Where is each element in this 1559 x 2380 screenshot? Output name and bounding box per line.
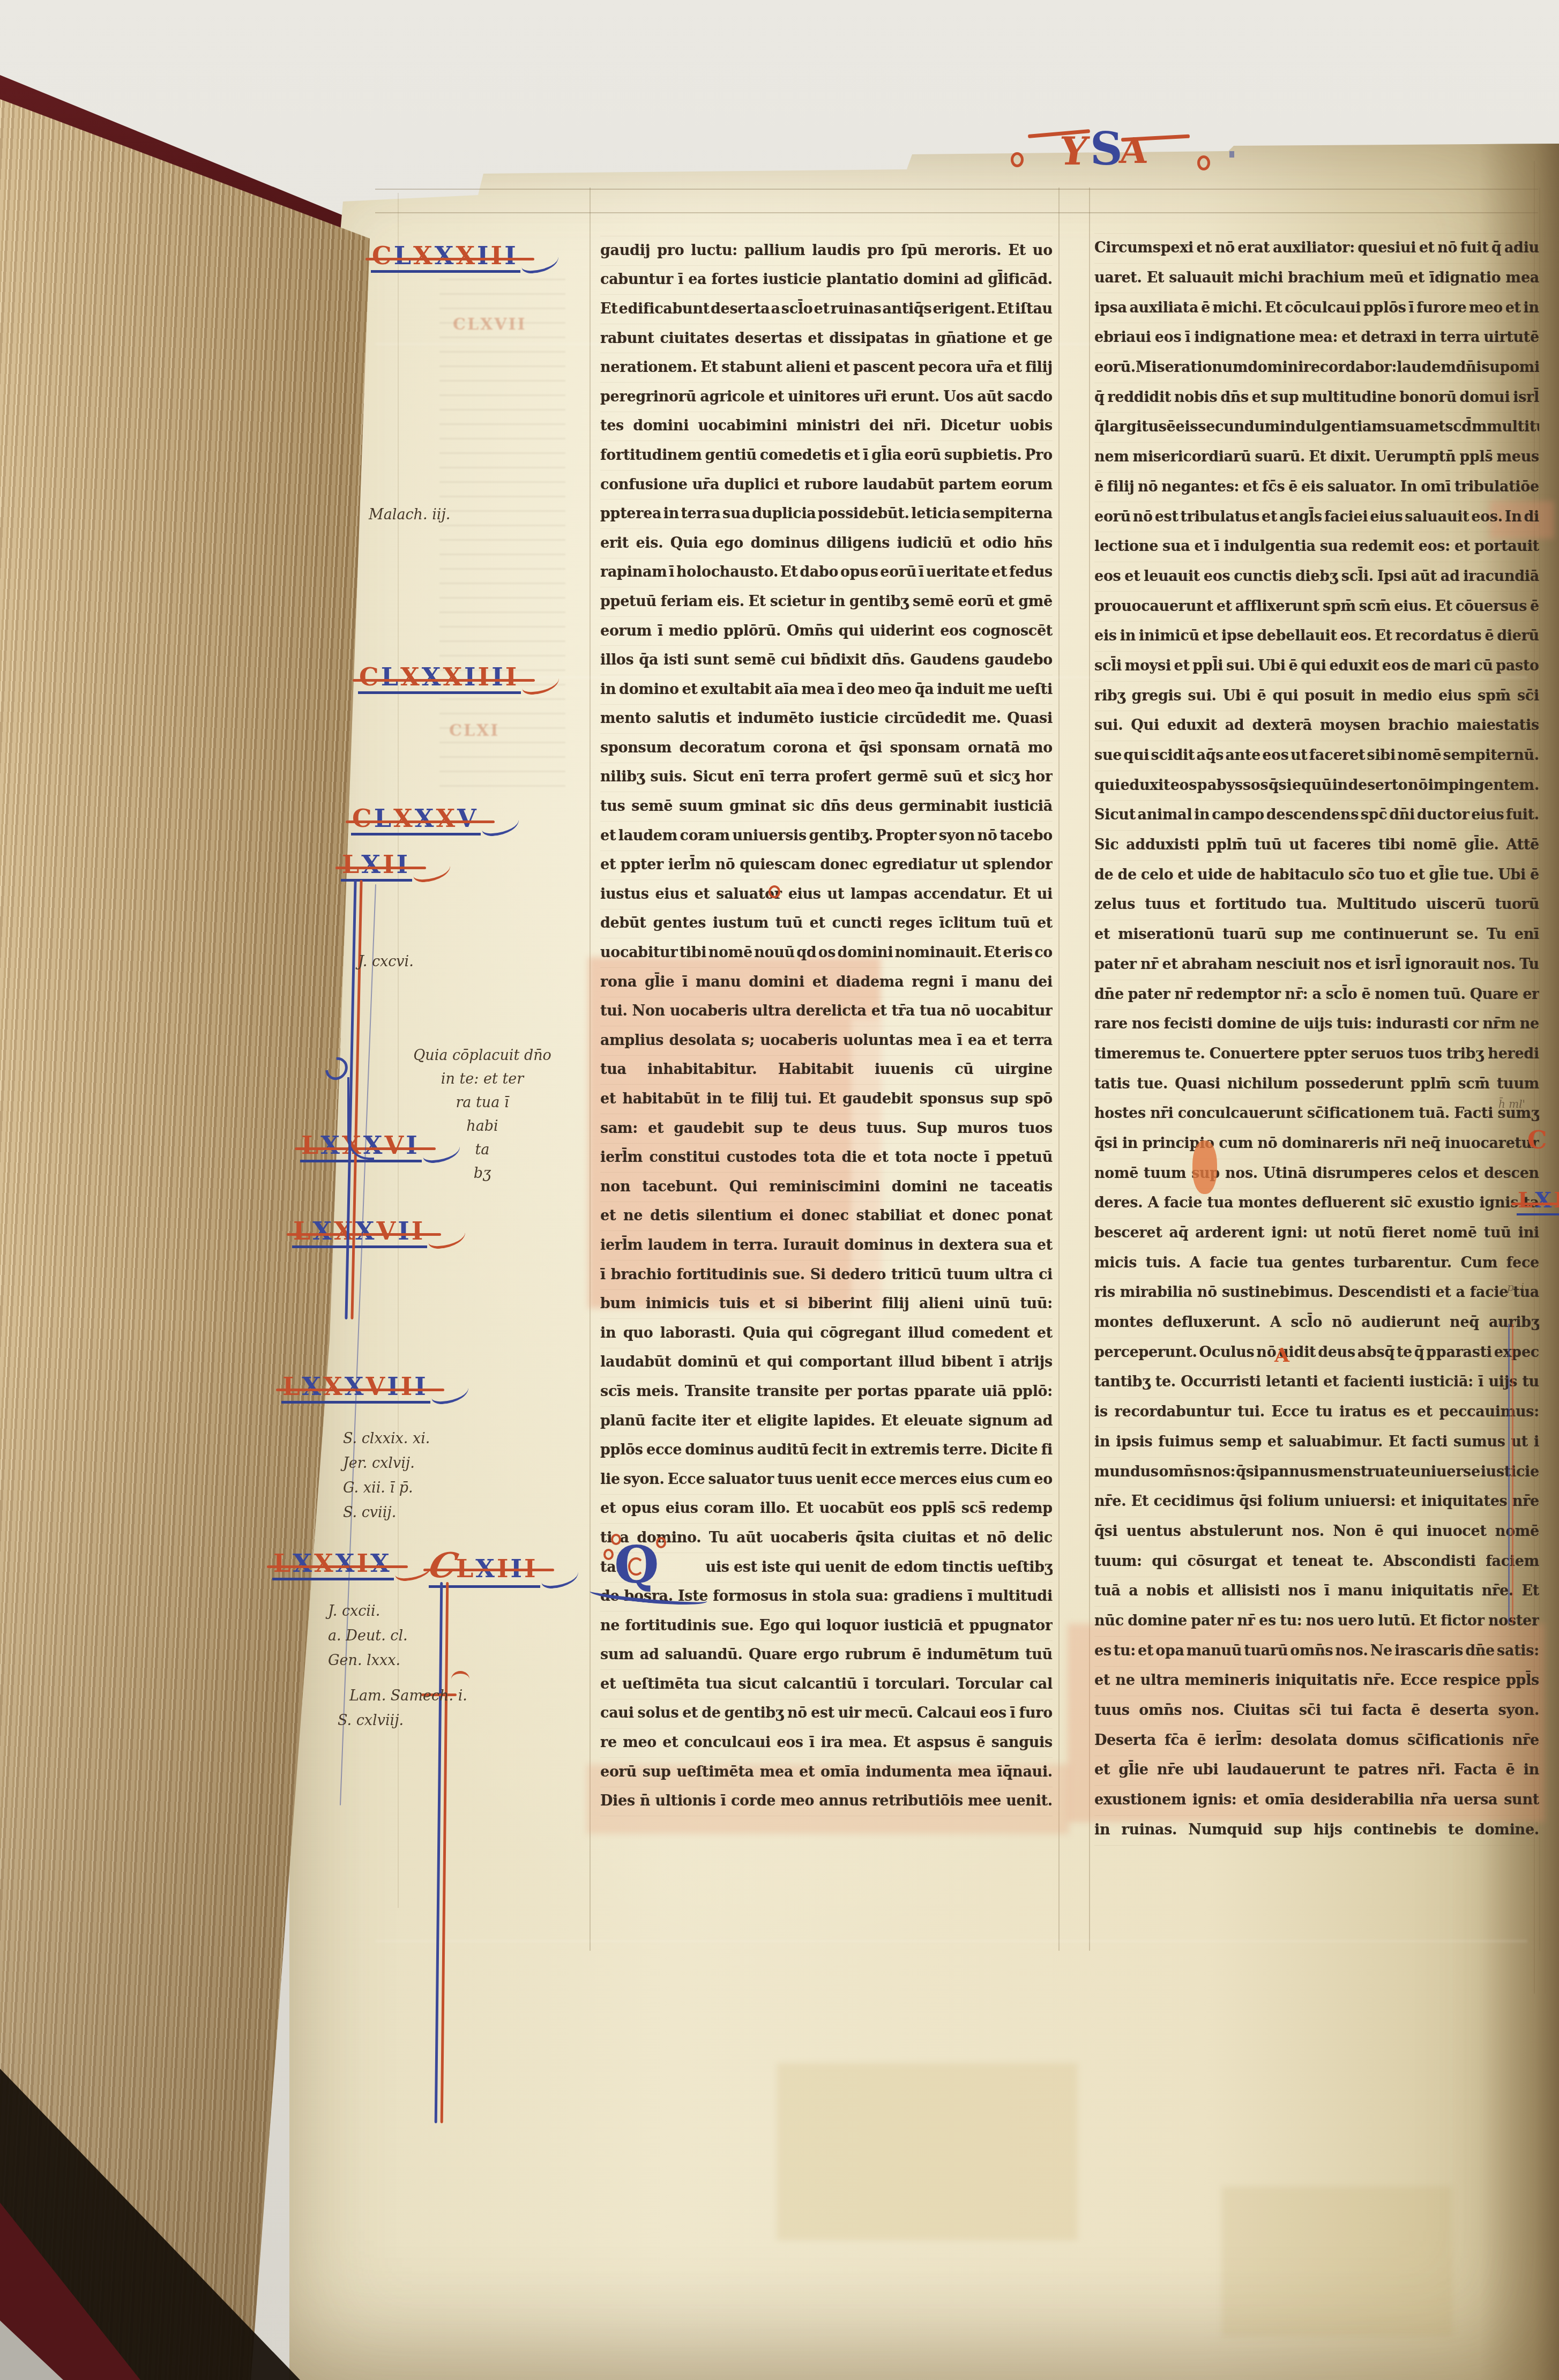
word: meus: [1497, 449, 1539, 465]
word: eorum: [600, 623, 652, 639]
word: Ubi: [1223, 688, 1251, 704]
word: et: [1012, 330, 1028, 347]
word: ē: [912, 1646, 921, 1663]
word: os: [818, 944, 836, 961]
word: expec: [1494, 1344, 1539, 1361]
word: nem: [1094, 449, 1129, 465]
word: patres: [1359, 1762, 1409, 1778]
word: qui: [838, 623, 864, 639]
word: uocabimini: [698, 417, 787, 434]
word: qui: [1094, 777, 1120, 794]
word: iste: [762, 1559, 790, 1576]
word: gentiū: [705, 447, 757, 464]
word: tantibʒ: [1094, 1374, 1150, 1390]
word: animal: [1138, 807, 1192, 823]
text-line: hostesnr̄iconculcaueruntsc̄ificationemtu…: [1094, 1099, 1539, 1129]
text-line: prouocaueruntetafflixeruntspm̄scm̄eius.E…: [1094, 591, 1539, 621]
word: tr̄a: [892, 1003, 915, 1019]
word: pro: [867, 242, 894, 259]
word: cabuntur: [600, 271, 673, 288]
word: sue: [1094, 747, 1122, 764]
word: mea: [801, 681, 834, 698]
word: cū: [954, 1061, 973, 1078]
word: suarū.: [1255, 449, 1305, 465]
word: comportant: [799, 1354, 892, 1370]
marker-letter: X: [415, 804, 436, 833]
text-line: lectionesuaetīindulgentiasuaredemiteos:e…: [1094, 532, 1539, 562]
word: gaudij: [600, 242, 650, 259]
word: sup: [755, 1120, 783, 1137]
word: eorū: [958, 593, 995, 610]
word: donec: [820, 856, 868, 873]
word: mo: [1028, 740, 1053, 756]
word: eos.: [1471, 509, 1503, 525]
word: nō: [1258, 1135, 1278, 1152]
word: in: [1421, 329, 1436, 346]
word: fieret: [1382, 1225, 1426, 1241]
word: misericordiarū: [1133, 449, 1251, 465]
word: dominus: [685, 1442, 754, 1458]
marker-letter: I: [356, 1549, 370, 1578]
text-line: Diesn̄ultionisīcordemeoannusretributiōis…: [600, 1786, 1053, 1816]
word: tu: [1316, 1404, 1333, 1420]
word: omīa: [820, 1764, 860, 1780]
text-line: ēfilijnōnegantes:etfc̄sēeissaluator.Inom…: [1094, 472, 1539, 502]
word: gmē: [1018, 593, 1053, 610]
word: Miserationum: [1136, 359, 1248, 376]
marker-letter: X: [456, 241, 477, 270]
word: uocaberis: [770, 1530, 848, 1546]
word: scl̄o: [1326, 986, 1357, 1003]
word: dexterā: [1252, 717, 1311, 734]
word: terra: [681, 505, 720, 522]
word: laudis: [812, 242, 860, 259]
word: et: [1262, 509, 1277, 525]
word: Propter: [876, 827, 936, 844]
text-line: sui.Quieduxitaddexterāmoysenbrachiomaies…: [1094, 711, 1539, 741]
word: diligens: [826, 535, 890, 551]
word: et: [1124, 568, 1140, 585]
word: Et: [983, 944, 1001, 961]
word: sponsum: [600, 740, 672, 756]
word: tuū: [1484, 1225, 1511, 1241]
word: q̄a: [915, 681, 934, 698]
chapter-marker-clxxxiiii: CLXXXIIII: [358, 663, 521, 694]
word: disrumperes: [1312, 1165, 1412, 1182]
word: maiestatis: [1457, 717, 1539, 734]
word: Et: [1521, 1583, 1539, 1599]
text-line: rabuntciuitatesdesertasetdissipatasingn̄…: [600, 324, 1053, 353]
word: ubi: [1192, 1762, 1218, 1778]
word: in: [600, 1325, 616, 1341]
word: ego: [715, 535, 743, 551]
marginal-note-line: in te: et ter: [391, 1068, 573, 1091]
text-line: rapinamīholochausto.Etdaboopuseorūīuerit…: [600, 558, 1053, 587]
word: ciuitas: [902, 1530, 956, 1546]
word: et: [1037, 1325, 1053, 1341]
word: Et: [1309, 449, 1326, 465]
word: nō: [951, 1003, 971, 1019]
word: nesciuit: [1256, 956, 1320, 973]
word: Dies: [600, 1793, 635, 1809]
word: et: [600, 1500, 616, 1517]
word: si: [785, 1295, 798, 1312]
word: scs̄: [961, 1500, 986, 1517]
word: comedetis: [760, 447, 841, 464]
word: eduxit: [1329, 658, 1379, 674]
word: ī: [863, 1676, 869, 1692]
word: nr̄m: [1482, 1016, 1516, 1032]
word: i: [1534, 1434, 1539, 1450]
word: rona: [600, 974, 637, 990]
word: inuocet: [1427, 1523, 1487, 1540]
word: rapinam: [600, 564, 667, 580]
word: scd̄m: [1445, 419, 1487, 435]
word: sc̄ificationem: [1307, 1105, 1414, 1122]
word: deserta: [1429, 1702, 1489, 1719]
word: Et: [600, 301, 617, 317]
word: sc̄ificationis: [1407, 1732, 1504, 1749]
marker-letter: V: [457, 804, 479, 833]
word: eis: [1301, 479, 1324, 495]
text-line: liesyon.Eccesaluatortuusueniteccemercese…: [600, 1465, 1053, 1494]
word: mecū.: [865, 1705, 913, 1721]
word: qui: [1152, 1553, 1177, 1570]
word: et: [1198, 1583, 1213, 1599]
word: ī: [863, 447, 868, 464]
text-line: ierl̄mlaudeminterra.Iurauitdominusindext…: [600, 1230, 1053, 1260]
word: transite: [756, 1383, 819, 1400]
word: eduxit: [1120, 777, 1170, 794]
word: et: [808, 330, 823, 347]
word: uenit: [825, 1559, 867, 1576]
word: ē: [1197, 1732, 1206, 1749]
word: a: [771, 301, 780, 317]
word: tuū.: [1434, 986, 1466, 1003]
word: quo: [623, 1325, 653, 1341]
word: ultra: [1140, 1672, 1180, 1689]
word: sibi: [1367, 747, 1396, 764]
text-line: etgl̄ienr̄eubilaudauerunttepatresnr̄i.Fa…: [1094, 1755, 1539, 1785]
text-line: Sicutanimalincampodescendensspc̄dn̄iduct…: [1094, 800, 1539, 830]
word: gentes: [1292, 1255, 1345, 1271]
word: q̄: [1094, 419, 1105, 435]
word: et: [769, 389, 784, 405]
text-line: cabunturīeafortesiusticieplantatiodomini…: [600, 265, 1053, 295]
word: celo: [1141, 867, 1174, 883]
word: tuus: [1145, 896, 1180, 913]
word: illo.: [760, 1500, 790, 1517]
word: cōgregant: [820, 1325, 901, 1341]
word: germē: [877, 769, 928, 785]
word: ur̄i: [864, 389, 887, 405]
word: dn̄e: [1094, 986, 1124, 1003]
word: detraxi: [1361, 329, 1417, 346]
running-title-letter: S: [1090, 126, 1123, 171]
word: ppl̄i: [1192, 658, 1223, 674]
word: in: [1524, 300, 1539, 316]
word: tuā: [1094, 1583, 1121, 1599]
word: non: [600, 1178, 630, 1195]
word: meo: [878, 681, 912, 698]
word: faceres: [1314, 837, 1371, 853]
text-line: ierl̄mconstituicustodestotadieettotanoct…: [600, 1143, 1053, 1172]
word: rubore: [804, 476, 858, 493]
word: accendatur.: [914, 886, 1007, 902]
word: et: [1094, 926, 1110, 943]
word: ornatā: [968, 740, 1020, 756]
word: reddidit: [1107, 389, 1171, 406]
word: fortitudo: [1215, 896, 1286, 913]
word: iusticiā:: [1409, 1374, 1473, 1390]
word: et: [873, 1149, 889, 1166]
text-line: tantibʒte.Occurristiletantietfacientiius…: [1094, 1367, 1539, 1397]
word: cōuersus: [1456, 598, 1527, 615]
word: uero: [1338, 1613, 1374, 1629]
text-line: estu:etopamanuūtuarūomn̄snos.Neirascaris…: [1094, 1636, 1539, 1666]
word: notū: [1339, 1225, 1376, 1241]
word: sup: [990, 1091, 1019, 1107]
word: te: [1334, 1762, 1349, 1778]
word: coram: [680, 827, 730, 844]
word: uniuersi:: [1324, 1493, 1396, 1510]
word: stabunt: [721, 359, 782, 376]
word: te.: [1185, 1046, 1205, 1062]
word: omn̄s: [1290, 1643, 1333, 1659]
marker-letter: I: [491, 241, 505, 270]
word: uoluntas: [843, 1032, 913, 1049]
word: per: [825, 1383, 851, 1400]
word: nilibʒ: [600, 769, 645, 785]
marker-letter: V: [365, 1372, 387, 1401]
word: ne: [1115, 1672, 1135, 1689]
word: fortitudinem: [600, 447, 702, 464]
word: respice: [1443, 1672, 1500, 1689]
word: gminat: [729, 798, 786, 815]
word: de: [702, 1705, 720, 1721]
word: omibʒ: [1510, 359, 1539, 376]
word: deserto: [1348, 777, 1408, 794]
word: reges: [889, 915, 933, 931]
word: in: [1094, 1434, 1110, 1450]
text-line: gaudijproluctu:palliumlaudisproſpūmerori…: [600, 236, 1053, 265]
word: dierū: [1497, 628, 1539, 644]
marker-letter: I: [387, 1372, 401, 1401]
word: erigent.: [933, 301, 996, 317]
word: Dicite: [990, 1442, 1038, 1458]
word: calcantiū: [784, 1676, 857, 1692]
word: supbietis.: [944, 447, 1021, 464]
text-line: eorumīmediopplōrū.Omn̄squiuiderinteoscog…: [600, 616, 1053, 646]
text-line: eosetleuauiteoscunctisdiebʒscl̄i.Ipsiaūt…: [1094, 562, 1539, 592]
word: dei: [1028, 974, 1053, 990]
word: s;: [741, 1032, 755, 1049]
word: fuimus: [1158, 1434, 1213, 1450]
word: montes: [1094, 1314, 1153, 1331]
word: bn̄dixit: [810, 652, 866, 668]
word: possidebūt.: [818, 505, 909, 522]
word: auxiliata: [1129, 300, 1198, 316]
word: nerationem.: [600, 359, 697, 376]
word: nr̄e: [1512, 1493, 1539, 1510]
word: Quasi: [1175, 1076, 1220, 1092]
title-ornament-dot: [1229, 151, 1234, 158]
word: Et: [1375, 628, 1392, 644]
word: te: [793, 1120, 809, 1137]
marker-letter: X: [323, 1372, 345, 1401]
word: tuo: [1378, 867, 1405, 883]
word: ierl̄m:: [1214, 1732, 1262, 1749]
text-line: besceretaq̄arderentigni:utnotūfieretnomē…: [1094, 1218, 1539, 1248]
word: erunt.: [891, 389, 939, 405]
word: te: [729, 1091, 744, 1107]
word: Utinā: [1263, 1165, 1307, 1182]
word: sup: [1274, 926, 1303, 943]
word: Tu: [1519, 956, 1539, 973]
word: Abscondisti: [1383, 1553, 1476, 1570]
word: tua: [600, 1061, 626, 1078]
word: in: [1332, 777, 1348, 794]
word: di: [1524, 509, 1539, 525]
word: Ipsi: [1377, 568, 1407, 585]
word: gentes: [653, 915, 706, 931]
word: nomē: [708, 944, 752, 961]
text-line: pptereainterrasuadupliciapossidebūt.leti…: [600, 499, 1053, 528]
marginal-note-line: S. cxlviij.: [338, 1708, 467, 1733]
word: ē: [1361, 986, 1370, 1003]
word: ī: [967, 1588, 973, 1605]
word: merces: [900, 1471, 957, 1488]
word: pater: [1191, 1613, 1233, 1629]
word: ueſtimēta: [622, 1676, 699, 1692]
word: eius: [788, 886, 821, 902]
word: muros: [958, 1120, 1008, 1137]
word: rare: [1094, 1016, 1128, 1032]
word: in: [706, 1091, 722, 1107]
text-line: nr̄e.Etcecidimusq̄sifoliumuniuersi:etini…: [1094, 1487, 1539, 1517]
word: scl̄o: [781, 301, 813, 317]
word: q̄si: [1094, 1523, 1117, 1540]
word: Et: [1008, 242, 1025, 259]
word: annus: [819, 1793, 867, 1809]
text-line: isrecordabunturtui.Eccetuiratusesetpecca…: [1094, 1397, 1539, 1427]
word: et: [836, 740, 851, 756]
text-line: iustuseiusetsaluatoreiusutlampasaccendat…: [600, 879, 1053, 909]
word: seruos: [1351, 1046, 1404, 1062]
word: ueſtibʒ: [997, 1559, 1053, 1576]
text-line: exustionemignis:etomīadesiderabilianr̄au…: [1094, 1785, 1539, 1815]
chapter-marker-lxii: LXII: [341, 851, 412, 882]
word: gentibʒ: [849, 593, 909, 610]
word: ultionis: [655, 1793, 715, 1809]
text-line: nūcdominepaternr̄estu:nosuerolutū.Etfict…: [1094, 1606, 1539, 1636]
text-line: tussemēsuumgminatsicdn̄sdeusgerminabitiu…: [600, 792, 1053, 821]
text-line: Desertafc̄aēierl̄m:desolatadomussc̄ifica…: [1094, 1725, 1539, 1755]
word: q̄: [1491, 240, 1502, 256]
word: nouū: [754, 944, 795, 961]
word: bibent: [941, 1354, 993, 1370]
word: A: [1270, 1314, 1281, 1331]
word: gl̄ie: [1429, 867, 1459, 883]
word: michi.: [1213, 300, 1263, 316]
word: me: [1311, 926, 1335, 943]
text-line: illosq̄aistisuntsemēcuibn̄dixitdn̄s.Gaud…: [600, 645, 1053, 675]
word: nomē: [1433, 1225, 1476, 1241]
word: a: [1312, 986, 1322, 1003]
word: tua: [920, 1003, 946, 1019]
word: et: [1190, 896, 1205, 913]
word: arderent: [1195, 1225, 1264, 1241]
word: nō: [1256, 1344, 1276, 1361]
word: uiderint: [870, 623, 934, 639]
word: torculari.: [875, 1676, 950, 1692]
word: domine: [1128, 1613, 1187, 1629]
marker-letter: I: [478, 662, 492, 691]
word: nūc: [1094, 1613, 1124, 1629]
word: exustio: [1417, 1195, 1474, 1211]
text-line: ethabitabūtintefilijtui.Etgaudebitsponsu…: [600, 1084, 1053, 1114]
word: facite: [651, 1413, 696, 1429]
word: ea: [688, 271, 706, 288]
word: et: [1094, 1672, 1110, 1689]
word: et: [1217, 598, 1232, 615]
word: pecora: [919, 359, 972, 376]
word: neq̄: [1411, 1135, 1441, 1152]
word: et: [1006, 359, 1022, 376]
word: nō: [1197, 1284, 1217, 1301]
word: eius: [655, 886, 688, 902]
word: tue.: [1463, 867, 1494, 883]
word: cognoscēt: [972, 623, 1053, 639]
word: eos: [890, 1500, 916, 1517]
text-line: q̄reddiditnobisdn̄setsupmultitudinebonor…: [1094, 382, 1539, 412]
word: brachio: [1388, 717, 1449, 734]
word: dominareris: [1282, 1135, 1379, 1152]
word: neq̄: [1450, 1314, 1479, 1331]
illuminated-initial-q: Q: [614, 1543, 700, 1629]
word: filij: [882, 1295, 909, 1312]
text-line: Etedificabuntdesertaascl̄oetruinasantiq̄…: [600, 294, 1053, 324]
word: fece: [1506, 1255, 1539, 1271]
word: sunt: [694, 652, 729, 668]
word: redemptor: [1197, 986, 1281, 1003]
word: qui: [787, 1325, 813, 1341]
word: holochausto.: [676, 564, 778, 580]
word: uobis: [1009, 417, 1052, 434]
word: uniuersis: [732, 827, 807, 844]
word: iusticiā: [994, 798, 1053, 815]
word: te: [1397, 1344, 1412, 1361]
marker-letter: I: [412, 1217, 426, 1245]
text-line: eorūsupueſtimētameaetomīaindumentameaīq̄…: [600, 1757, 1053, 1787]
word: heredi: [1488, 1046, 1539, 1062]
word: nō: [1138, 479, 1158, 495]
word: planū: [600, 1413, 645, 1429]
word: et: [1419, 240, 1435, 256]
text-line: planūfaciteitereteligitelapides.Eteleuat…: [600, 1406, 1053, 1436]
marker-letter: L: [1518, 1188, 1535, 1213]
word: hor: [1025, 769, 1053, 785]
marker-letter: L: [293, 1217, 312, 1245]
word: sponsus: [920, 1091, 984, 1107]
word: tua: [1207, 1195, 1234, 1211]
word: Quia: [670, 535, 708, 551]
word: eos: [1094, 568, 1121, 585]
word: Si: [810, 1266, 826, 1283]
word: sic̄: [1390, 1195, 1412, 1211]
word: isrl̄: [1375, 956, 1401, 973]
word: habitabūt: [622, 1091, 700, 1107]
